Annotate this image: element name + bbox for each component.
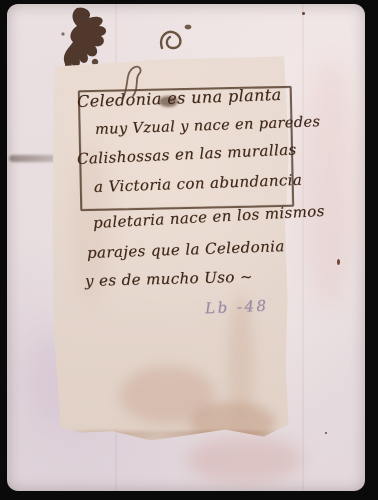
paper-stain: [187, 436, 302, 484]
paper-stain: [302, 59, 357, 309]
paper-fold-line: [302, 4, 304, 491]
slide-frame: Celedonia es una planta muy Vzual y nace…: [0, 0, 378, 500]
backing-paper-photo: Celedonia es una planta muy Vzual y nace…: [7, 4, 365, 491]
ink-squiggle-icon: [152, 20, 200, 56]
ink-speck: [302, 12, 305, 15]
ink-speck: [325, 432, 327, 434]
pencil-code: Lb -48: [205, 297, 269, 318]
ink-speck: [337, 259, 340, 265]
